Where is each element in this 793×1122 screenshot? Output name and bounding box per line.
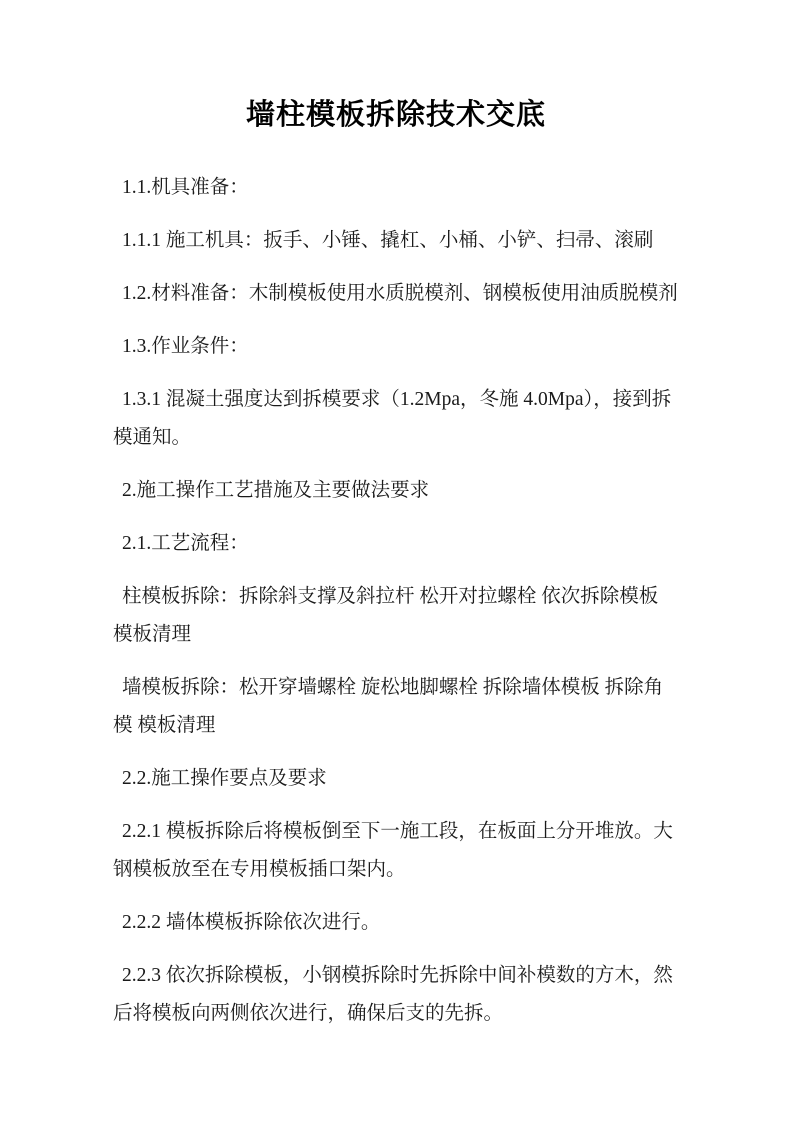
paragraph-section-1-1-1: 1.1.1 施工机具：扳手、小锤、撬杠、小桶、小铲、扫帚、滚刷 — [113, 222, 679, 260]
paragraph-section-2-2-3: 2.2.3 依次拆除模板，小钢模拆除时先拆除中间补模数的方木，然后将模板向两侧依… — [113, 957, 679, 1033]
document-body: 1.1.机具准备： 1.1.1 施工机具：扳手、小锤、撬杠、小桶、小铲、扫帚、滚… — [113, 169, 679, 1033]
paragraph-section-1-1: 1.1.机具准备： — [113, 169, 679, 207]
paragraph-section-2-2-1: 2.2.1 模板拆除后将模板倒至下一施工段，在板面上分开堆放。大钢模板放至在专用… — [113, 813, 679, 889]
paragraph-section-1-3-1: 1.3.1 混凝土强度达到拆模要求（1.2Mpa，冬施 4.0Mpa），接到拆模… — [113, 381, 679, 457]
paragraph-section-2-2: 2.2.施工操作要点及要求 — [113, 760, 679, 798]
document-page: 墙柱模板拆除技术交底 1.1.机具准备： 1.1.1 施工机具：扳手、小锤、撬杠… — [0, 0, 793, 1122]
paragraph-section-1-2: 1.2.材料准备：木制模板使用水质脱模剂、钢模板使用油质脱模剂 — [113, 275, 679, 313]
paragraph-column-formwork-flow: 柱模板拆除：拆除斜支撑及斜拉杆 松开对拉螺栓 依次拆除模板 模板清理 — [113, 578, 679, 654]
paragraph-wall-formwork-flow: 墙模板拆除：松开穿墙螺栓 旋松地脚螺栓 拆除墙体模板 拆除角模 模板清理 — [113, 669, 679, 745]
paragraph-section-2-1: 2.1.工艺流程： — [113, 525, 679, 563]
paragraph-section-2-2-2: 2.2.2 墙体模板拆除依次进行。 — [113, 904, 679, 942]
paragraph-section-2: 2.施工操作工艺措施及主要做法要求 — [113, 472, 679, 510]
document-title: 墙柱模板拆除技术交底 — [113, 97, 679, 133]
paragraph-section-1-3: 1.3.作业条件： — [113, 328, 679, 366]
